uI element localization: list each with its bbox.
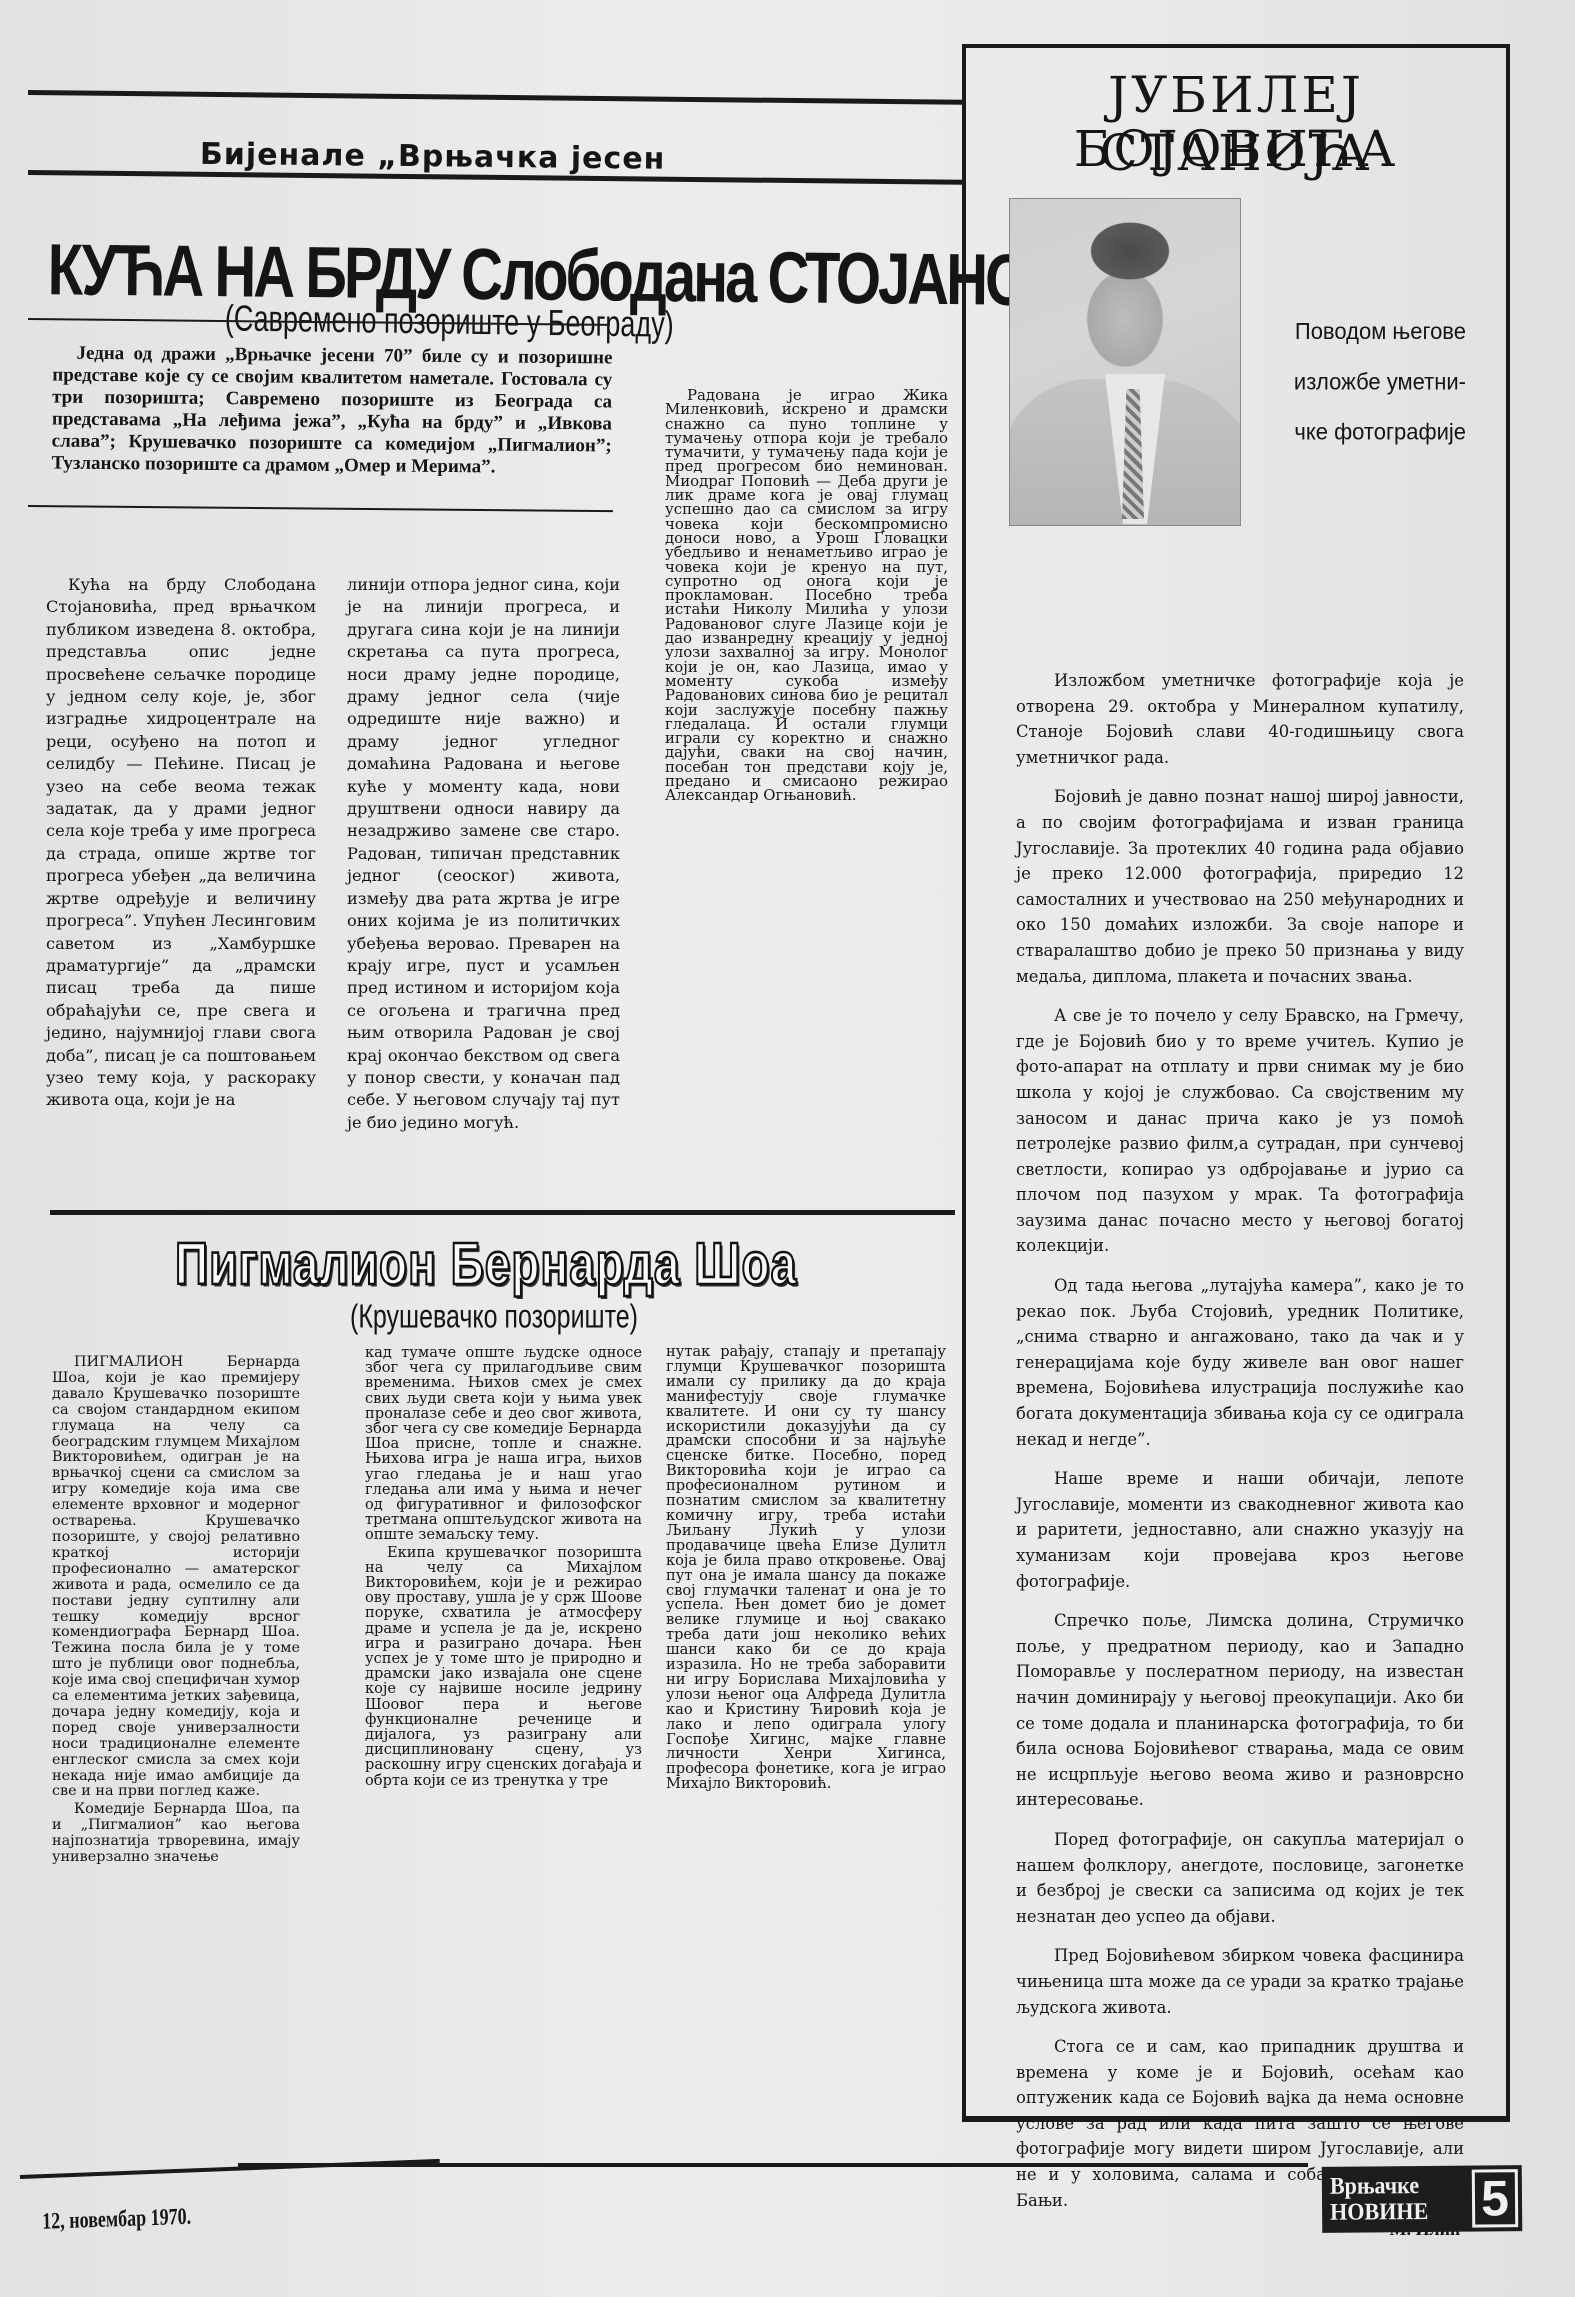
article2-col2-paragraph-2: Екипа крушевачког позоришта на челу са М… bbox=[365, 1545, 642, 1788]
caption-line-2: изложбе уметни- bbox=[1256, 357, 1466, 407]
article2-column-3: нутак рађају, стапају и претапају глумци… bbox=[666, 1345, 946, 1792]
caption-line-3: чке фотографије bbox=[1256, 407, 1466, 457]
article3-box: ЈУБИЛЕЈ СТАНОЈА БОЈОВИЋА Поводом његове … bbox=[962, 44, 1510, 2122]
photo-caption: Поводом његове изложбе уметни- чке фотог… bbox=[1256, 306, 1466, 457]
article2-headline: Пигмалион Бернарда Шоа bbox=[175, 1228, 797, 1298]
article1-column-2: линији отпора једног сина, који је на ли… bbox=[347, 574, 620, 1134]
article3-paragraph-4: Од тада његова „лутајућа камера”, како ј… bbox=[1016, 1273, 1464, 1452]
caption-line-1: Поводом његове bbox=[1256, 306, 1466, 356]
article3-paragraph-3: А све је то почело у селу Бравско, на Гр… bbox=[1016, 1003, 1464, 1259]
top-rule bbox=[28, 90, 963, 105]
newspaper-page: Бијенале „Врњачка јесен КУЋА НА БРДУ Сло… bbox=[0, 0, 1575, 2297]
article3-paragraph-7: Поред фотографије, он сакупља материјал … bbox=[1016, 1827, 1464, 1929]
article1-column-3: Радована је играо Жика Миленковић, искре… bbox=[665, 388, 948, 803]
article1-col3-paragraph: Радована је играо Жика Миленковић, искре… bbox=[665, 388, 948, 803]
article3-paragraph-1: Изложбом уметничке фотографије која је о… bbox=[1016, 668, 1464, 770]
article2-col1-paragraph-1: ПИГМАЛИОН Бернарда Шоа, који је као прем… bbox=[52, 1355, 300, 1800]
footer-rule-2 bbox=[238, 2163, 1308, 2167]
article1-col2-paragraph: линији отпора једног сина, који је на ли… bbox=[347, 574, 620, 1134]
masthead-line-1: Врњачке bbox=[1330, 2173, 1428, 2200]
article1-col1-paragraph: Кућа на брду Слободана Стојановића, пред… bbox=[46, 574, 316, 1112]
article3-body: Изложбом уметничке фотографије која је о… bbox=[1016, 668, 1464, 2243]
article2-column-1: ПИГМАЛИОН Бернарда Шоа, који је као прем… bbox=[52, 1355, 300, 1866]
article-divider bbox=[50, 1210, 955, 1215]
article3-paragraph-5: Наше време и наши обичаји, лепоте Југосл… bbox=[1016, 1466, 1464, 1594]
masthead-line-2: НОВИНЕ bbox=[1330, 2199, 1428, 2226]
article2-col1-paragraph-2: Комедије Бернарда Шоа, па и „Пигмалион” … bbox=[52, 1802, 300, 1866]
article2-col3-paragraph: нутак рађају, стапају и претапају глумци… bbox=[666, 1345, 946, 1792]
page-number: 5 bbox=[1472, 2169, 1519, 2227]
footer-rule bbox=[20, 2159, 440, 2179]
article2-col2-paragraph-1: кад тумаче опште људске односе због чега… bbox=[365, 1345, 642, 1543]
masthead-name: Врњачке НОВИНЕ bbox=[1330, 2173, 1429, 2226]
article2-subhead: (Крушевачко позориште) bbox=[350, 1298, 638, 1337]
portrait-photo bbox=[1009, 198, 1241, 526]
article3-paragraph-2: Бојовић је давно познат нашој широј јавн… bbox=[1016, 784, 1464, 989]
article3-title-line-2: БОЈОВИЋА bbox=[966, 120, 1506, 178]
lead-bottom-rule bbox=[28, 505, 613, 512]
article1-column-1: Кућа на брду Слободана Стојановића, пред… bbox=[46, 574, 316, 1112]
article3-paragraph-8: Пред Бојовићевом збирком човека фасцинир… bbox=[1016, 1943, 1464, 2020]
article3-paragraph-6: Спречко поље, Лимска долина, Струмичко п… bbox=[1016, 1608, 1464, 1813]
issue-date: 12, новембар 1970. bbox=[42, 2203, 191, 2235]
newspaper-masthead: Врњачке НОВИНЕ 5 bbox=[1322, 2165, 1523, 2233]
article1-lead: Једна од дражи „Врњачке јесени 70” биле … bbox=[51, 343, 612, 480]
article2-column-2: кад тумаче опште људске односе због чега… bbox=[365, 1345, 642, 1788]
